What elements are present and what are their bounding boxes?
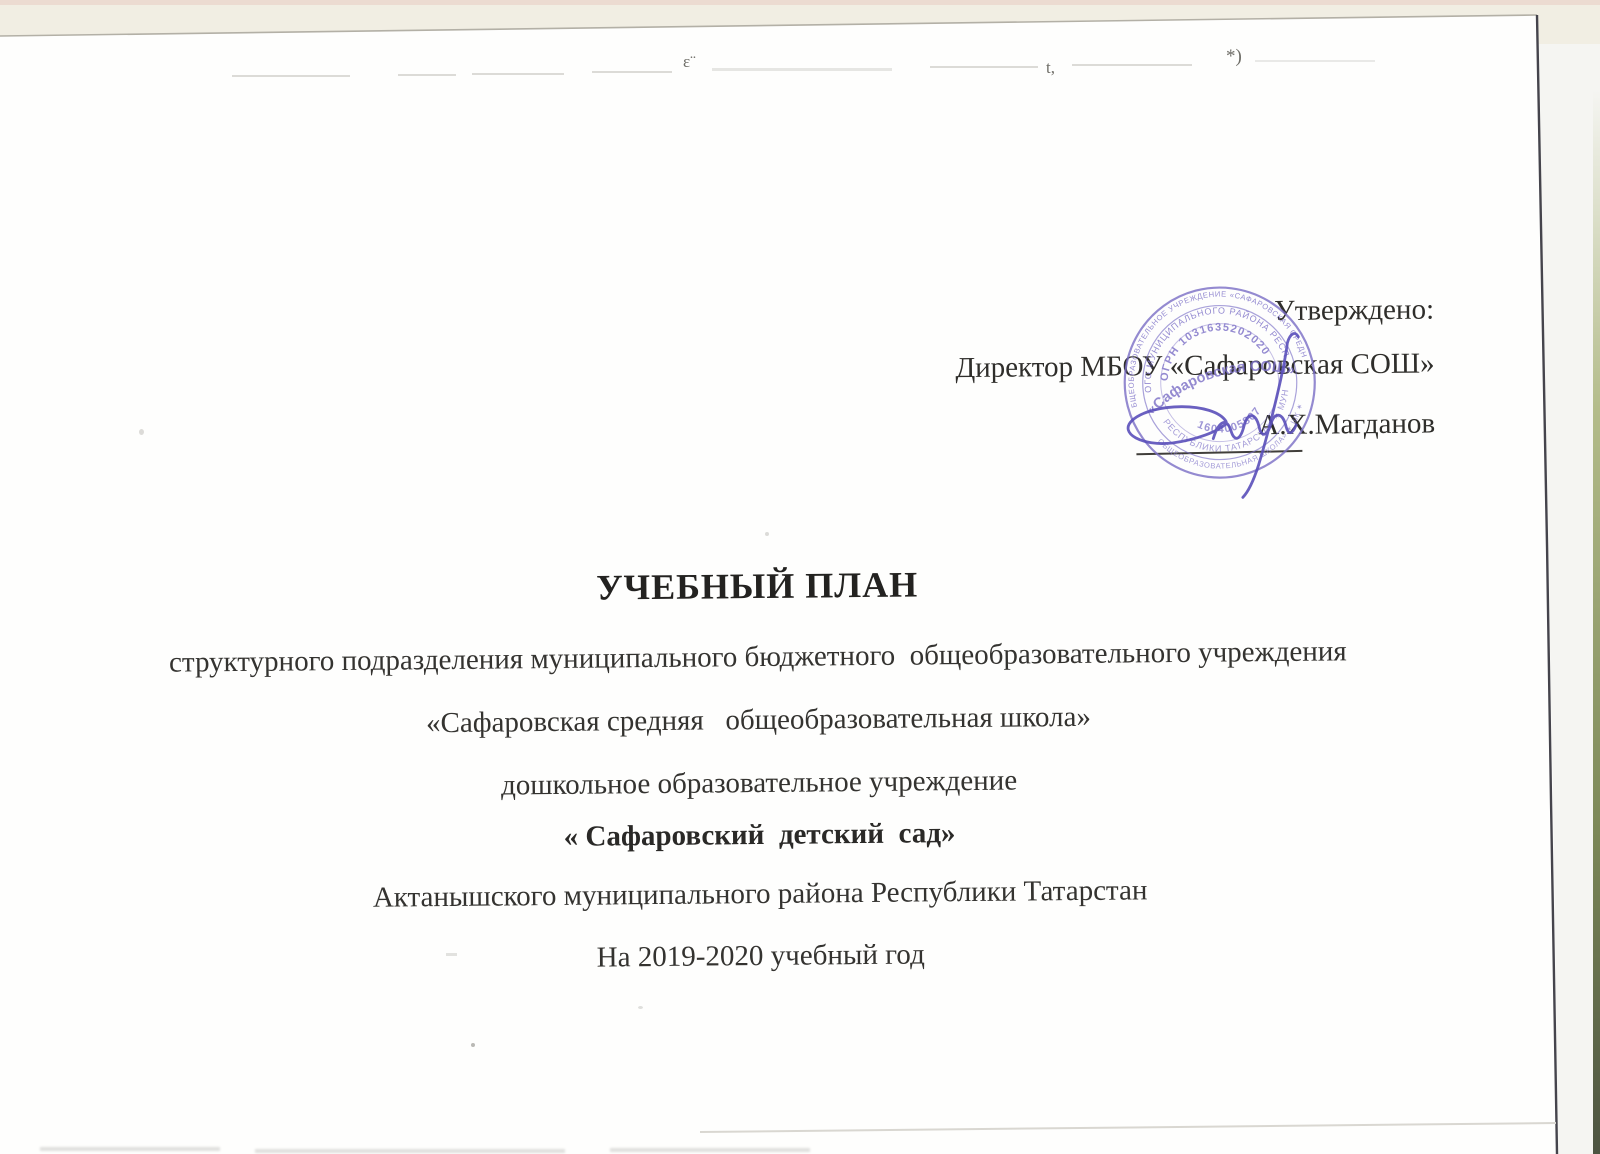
scan-bottom-smudge	[255, 1149, 565, 1153]
scan-dot-speck	[471, 1043, 475, 1047]
scan-dash-artifact	[232, 75, 350, 77]
handwritten-signature	[1055, 271, 1477, 525]
subtitle-line-4-kindergarten-name: « Сафаровский детский сад»	[2, 812, 1517, 860]
scan-bottom-smudge	[40, 1147, 220, 1151]
scan-dot-speck	[765, 532, 769, 536]
document-title: УЧЕБНЫЙ ПЛАН	[0, 558, 1515, 615]
scanned-document-page: { "approval": { "approved_label": "Утвер…	[0, 0, 1600, 1154]
scan-dash-artifact	[398, 74, 456, 76]
subtitle-line-3: дошкольное образовательное учреждение	[1, 760, 1516, 808]
scan-bottom-smudge	[610, 1148, 810, 1152]
scan-dot-speck	[139, 429, 144, 435]
subtitle-line-2: «Сафаровская средняя общеобразовательная…	[1, 697, 1516, 745]
scan-speck-mark-3: *)	[1226, 46, 1242, 68]
scanner-right-dark-strip	[1593, 90, 1600, 1154]
scan-dash-artifact	[472, 73, 564, 75]
scan-dash-speck	[446, 953, 457, 956]
subtitle-line-1: структурного подразделения муниципальног…	[0, 634, 1515, 682]
signature-loop-stroke	[1128, 406, 1226, 444]
scan-dash-artifact	[1072, 64, 1192, 66]
document-content: Утверждено: Директор МБОУ «Сафаровская С…	[0, 0, 1600, 1154]
scan-dot-speck	[638, 1006, 643, 1009]
scan-dash-artifact	[592, 71, 672, 73]
subtitle-line-5-district: Актанышского муниципального района Респу…	[3, 871, 1518, 919]
subtitle-line-6-school-year: На 2019-2020 учебный год	[3, 933, 1518, 981]
scan-dash-artifact	[1255, 60, 1375, 62]
scan-dash-artifact	[712, 68, 892, 71]
scan-dash-artifact	[930, 66, 1038, 68]
scan-speck-mark-1: ε¨	[683, 52, 696, 72]
scan-speck-mark-2: t,	[1046, 58, 1055, 78]
